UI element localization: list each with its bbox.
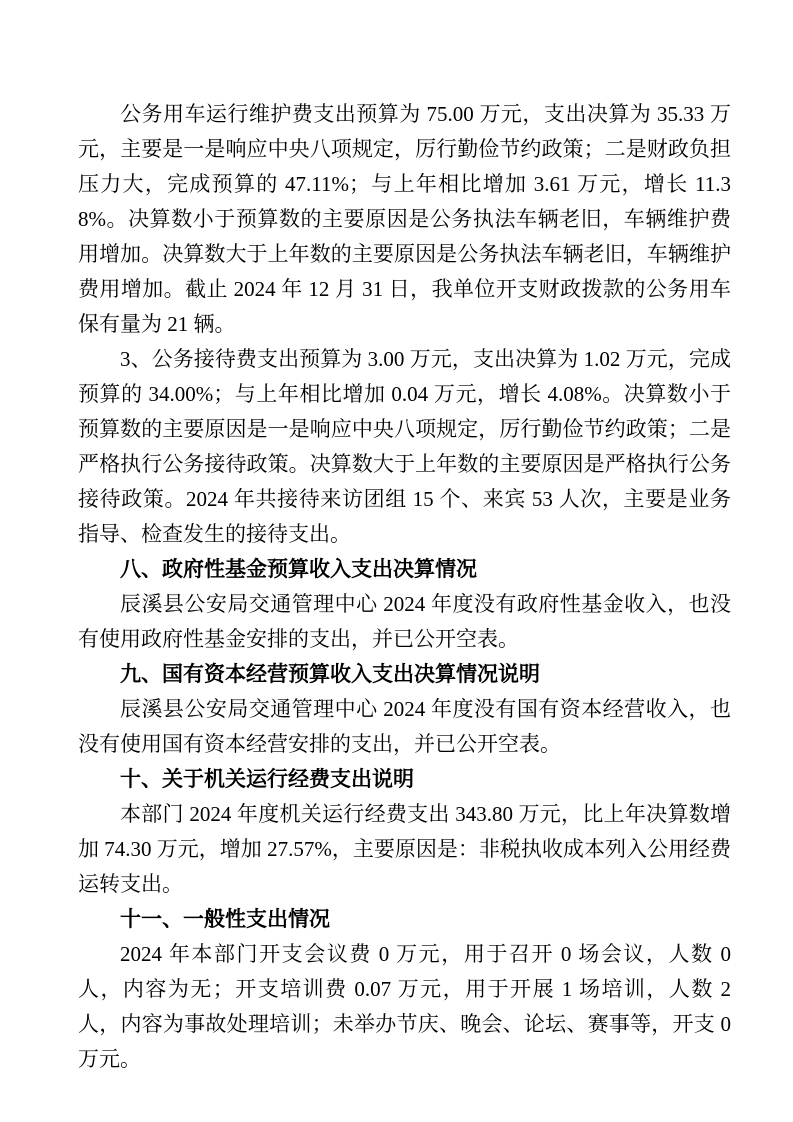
heading-section-11-general-expenditure: 十一、一般性支出情况 xyxy=(78,902,731,937)
heading-section-9-state-capital-budget: 九、国有资本经营预算收入支出决算情况说明 xyxy=(78,657,731,692)
para-state-capital-budget-statement: 辰溪县公安局交通管理中心 2024 年度没有国有资本经营收入，也没有使用国有资本… xyxy=(78,692,731,762)
para-govt-fund-budget-statement: 辰溪县公安局交通管理中心 2024 年度没有政府性基金收入，也没有使用政府性基金… xyxy=(78,587,731,657)
para-official-vehicle-maintenance-costs: 公务用车运行维护费支出预算为 75.00 万元，支出决算为 35.33 万元，主… xyxy=(78,97,731,342)
para-official-reception-costs: 3、公务接待费支出预算为 3.00 万元，支出决算为 1.02 万元，完成预算的… xyxy=(78,342,731,552)
document-page: 公务用车运行维护费支出预算为 75.00 万元，支出决算为 35.33 万元，主… xyxy=(0,0,793,1122)
heading-section-8-govt-fund-budget: 八、政府性基金预算收入支出决算情况 xyxy=(78,552,731,587)
document-body: 公务用车运行维护费支出预算为 75.00 万元，支出决算为 35.33 万元，主… xyxy=(78,97,731,1077)
para-general-expenditure-statement: 2024 年本部门开支会议费 0 万元，用于召开 0 场会议，人数 0 人，内容… xyxy=(78,937,731,1077)
heading-section-10-operating-expenses: 十、关于机关运行经费支出说明 xyxy=(78,762,731,797)
para-operating-expenses-statement: 本部门 2024 年度机关运行经费支出 343.80 万元，比上年决算数增加 7… xyxy=(78,797,731,902)
